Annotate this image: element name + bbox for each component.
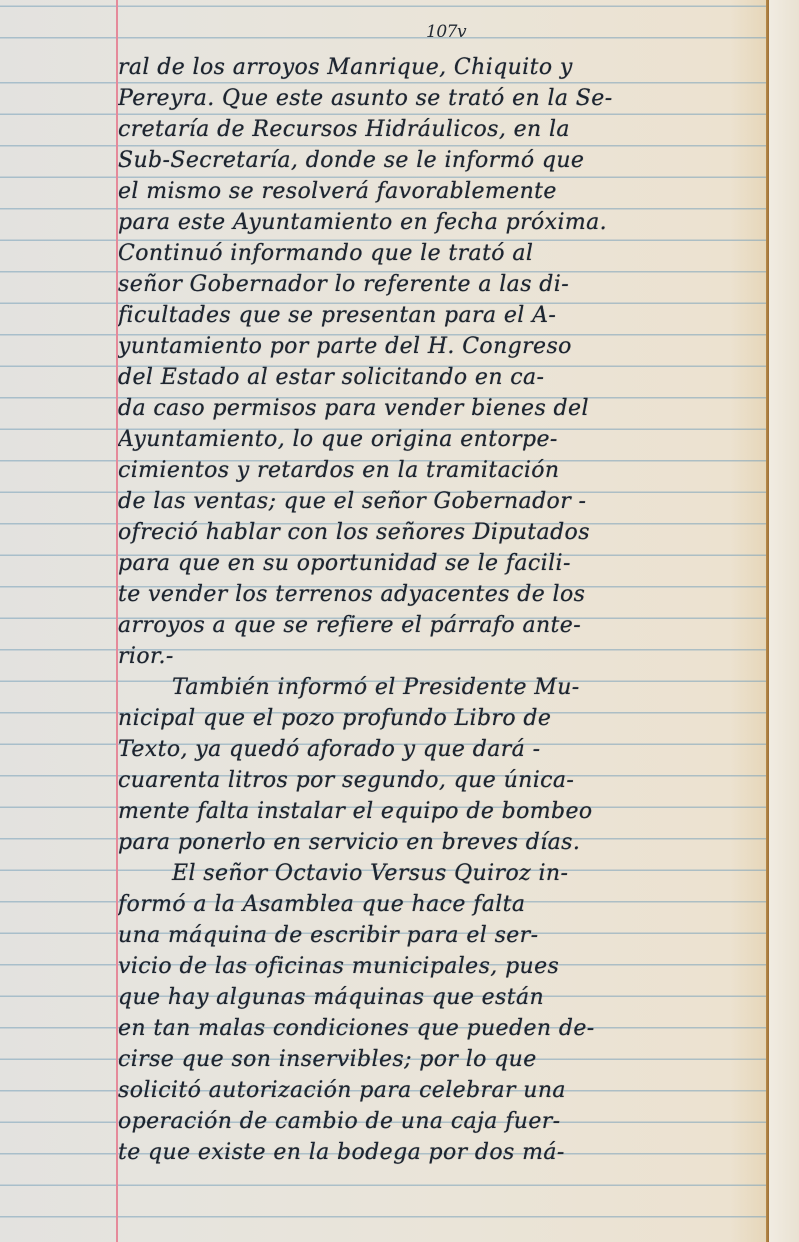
handwritten-line: te que existe en la bodega por dos má- bbox=[118, 1137, 766, 1168]
handwritten-line: del Estado al estar solicitando en ca- bbox=[118, 362, 766, 393]
handwritten-line: Ayuntamiento, lo que origina entorpe- bbox=[118, 424, 766, 455]
handwritten-line: en tan malas condiciones que pueden de- bbox=[118, 1013, 766, 1044]
handwritten-line: ofreció hablar con los señores Diputados bbox=[118, 517, 766, 548]
handwritten-line: de las ventas; que el señor Gobernador - bbox=[118, 486, 766, 517]
handwritten-line: formó a la Asamblea que hace falta bbox=[118, 889, 766, 920]
handwritten-line: Continuó informando que le trató al bbox=[118, 238, 766, 269]
handwritten-line: para que en su oportunidad se le facili- bbox=[118, 548, 766, 579]
handwritten-line: rior.- bbox=[118, 641, 766, 672]
handwritten-line: una máquina de escribir para el ser- bbox=[118, 920, 766, 951]
handwritten-line: Pereyra. Que este asunto se trató en la … bbox=[118, 83, 766, 114]
handwritten-line: cuarenta litros por segundo, que única- bbox=[118, 765, 766, 796]
handwritten-line: señor Gobernador lo referente a las di- bbox=[118, 269, 766, 300]
folio-number: 107v bbox=[426, 22, 466, 42]
handwritten-line: te vender los terrenos adyacentes de los bbox=[118, 579, 766, 610]
handwritten-line: cretaría de Recursos Hidráulicos, en la bbox=[118, 114, 766, 145]
adjacent-page bbox=[769, 0, 799, 1242]
handwritten-line: nicipal que el pozo profundo Libro de bbox=[118, 703, 766, 734]
handwritten-line: solicitó autorización para celebrar una bbox=[118, 1075, 766, 1106]
handwritten-line: arroyos a que se refiere el párrafo ante… bbox=[118, 610, 766, 641]
handwritten-line: que hay algunas máquinas que están bbox=[118, 982, 766, 1013]
handwritten-line: cimientos y retardos en la tramitación bbox=[118, 455, 766, 486]
handwritten-line: ral de los arroyos Manrique, Chiquito y bbox=[118, 52, 766, 83]
handwritten-line: para este Ayuntamiento en fecha próxima. bbox=[118, 207, 766, 238]
handwritten-line: el mismo se resolverá favorablemente bbox=[118, 176, 766, 207]
handwritten-line: También informó el Presidente Mu- bbox=[118, 672, 766, 703]
handwritten-line: Texto, ya quedó aforado y que dará - bbox=[118, 734, 766, 765]
handwritten-line: Sub-Secretaría, donde se le informó que bbox=[118, 145, 766, 176]
handwritten-line: da caso permisos para vender bienes del bbox=[118, 393, 766, 424]
handwritten-line: operación de cambio de una caja fuer- bbox=[118, 1106, 766, 1137]
handwritten-line: ficultades que se presentan para el A- bbox=[118, 300, 766, 331]
handwritten-text-block: ral de los arroyos Manrique, Chiquito yP… bbox=[118, 52, 766, 1168]
handwritten-line: mente falta instalar el equipo de bombeo bbox=[118, 796, 766, 827]
handwritten-line: yuntamiento por parte del H. Congreso bbox=[118, 331, 766, 362]
handwritten-line: para ponerlo en servicio en breves días. bbox=[118, 827, 766, 858]
handwritten-line: cirse que son inservibles; por lo que bbox=[118, 1044, 766, 1075]
handwritten-line: vicio de las oficinas municipales, pues bbox=[118, 951, 766, 982]
handwritten-line: El señor Octavio Versus Quiroz in- bbox=[118, 858, 766, 889]
